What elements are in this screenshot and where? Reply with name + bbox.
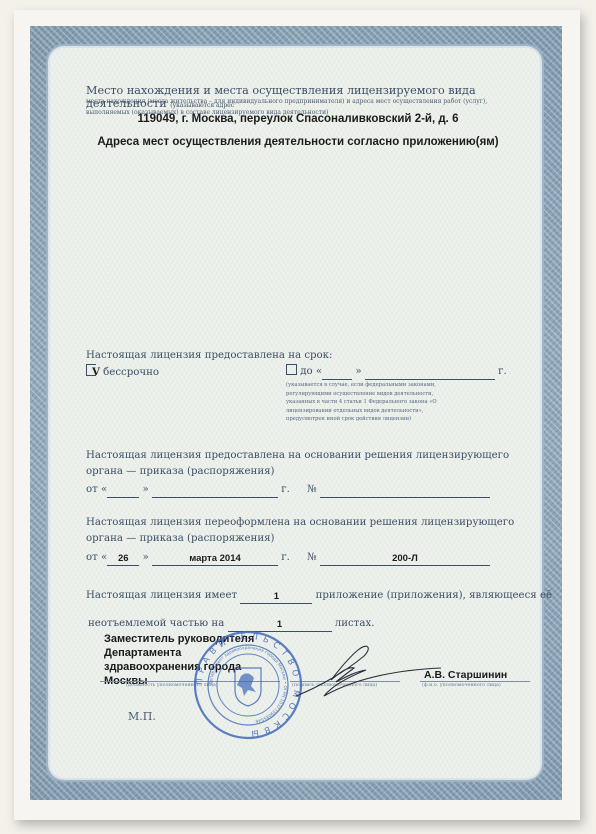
reissued-day-field[interactable]: 26 [107,553,139,566]
granted-from-mid: » [143,484,149,495]
until-day-field[interactable] [322,367,352,380]
until-date-field[interactable] [365,367,495,380]
granted-from-prefix: от « [86,484,107,495]
granted-day-field[interactable] [107,485,139,498]
term-label: Настоящая лицензия предоставлена на срок… [86,348,332,364]
until-mid: » [355,366,361,377]
seal-label: М.П. [128,710,156,723]
appendix-text-after: приложение (приложения), являющееся её [316,590,552,601]
appendix-count-field[interactable]: 1 [240,591,312,604]
indefinite-checkbox[interactable] [86,364,96,376]
granted-basis-fields: от « » г. № [86,482,490,498]
granted-number-field[interactable] [320,485,490,498]
until-prefix: до « [300,366,322,377]
term-until: до « » г. [286,364,506,380]
appendix-count-row: Настоящая лицензия имеет 1 приложение (п… [86,588,552,604]
term-indefinite: V бессрочно [86,364,159,381]
reissued-number-field[interactable]: 200-Л [320,553,490,566]
appendix-sheets-before: неотъемлемой частью на [88,618,224,629]
granted-month-year-field[interactable] [152,485,278,498]
appendix-text-before: Настоящая лицензия имеет [86,590,237,601]
granted-year-suffix: г. [281,484,290,495]
until-suffix: г. [498,366,507,377]
reissued-from-mid: » [143,552,149,563]
until-checkbox[interactable] [286,364,297,375]
until-note: (указывается в случае, если федеральными… [286,381,446,424]
reissued-number-prefix: № [307,552,317,563]
signature-icon [276,636,446,706]
addresses-note: Адреса мест осуществления деятельности с… [0,136,596,148]
reissued-from-prefix: от « [86,552,107,563]
granted-basis-text: Настоящая лицензия предоставлена на осно… [86,448,526,480]
reissued-basis-fields: от «26 » марта 2014 г. № 200-Л [86,550,490,566]
indefinite-label: бессрочно [103,367,159,378]
license-address: 119049, г. Москва, переулок Спасоналивко… [0,113,596,125]
reissued-month-year-field[interactable]: марта 2014 [152,553,278,566]
granted-number-prefix: № [307,484,317,495]
reissued-year-suffix: г. [281,552,290,563]
reissued-basis-text: Настоящая лицензия переоформлена на осно… [86,515,526,547]
appendix-sheets-after: листах. [335,618,375,629]
